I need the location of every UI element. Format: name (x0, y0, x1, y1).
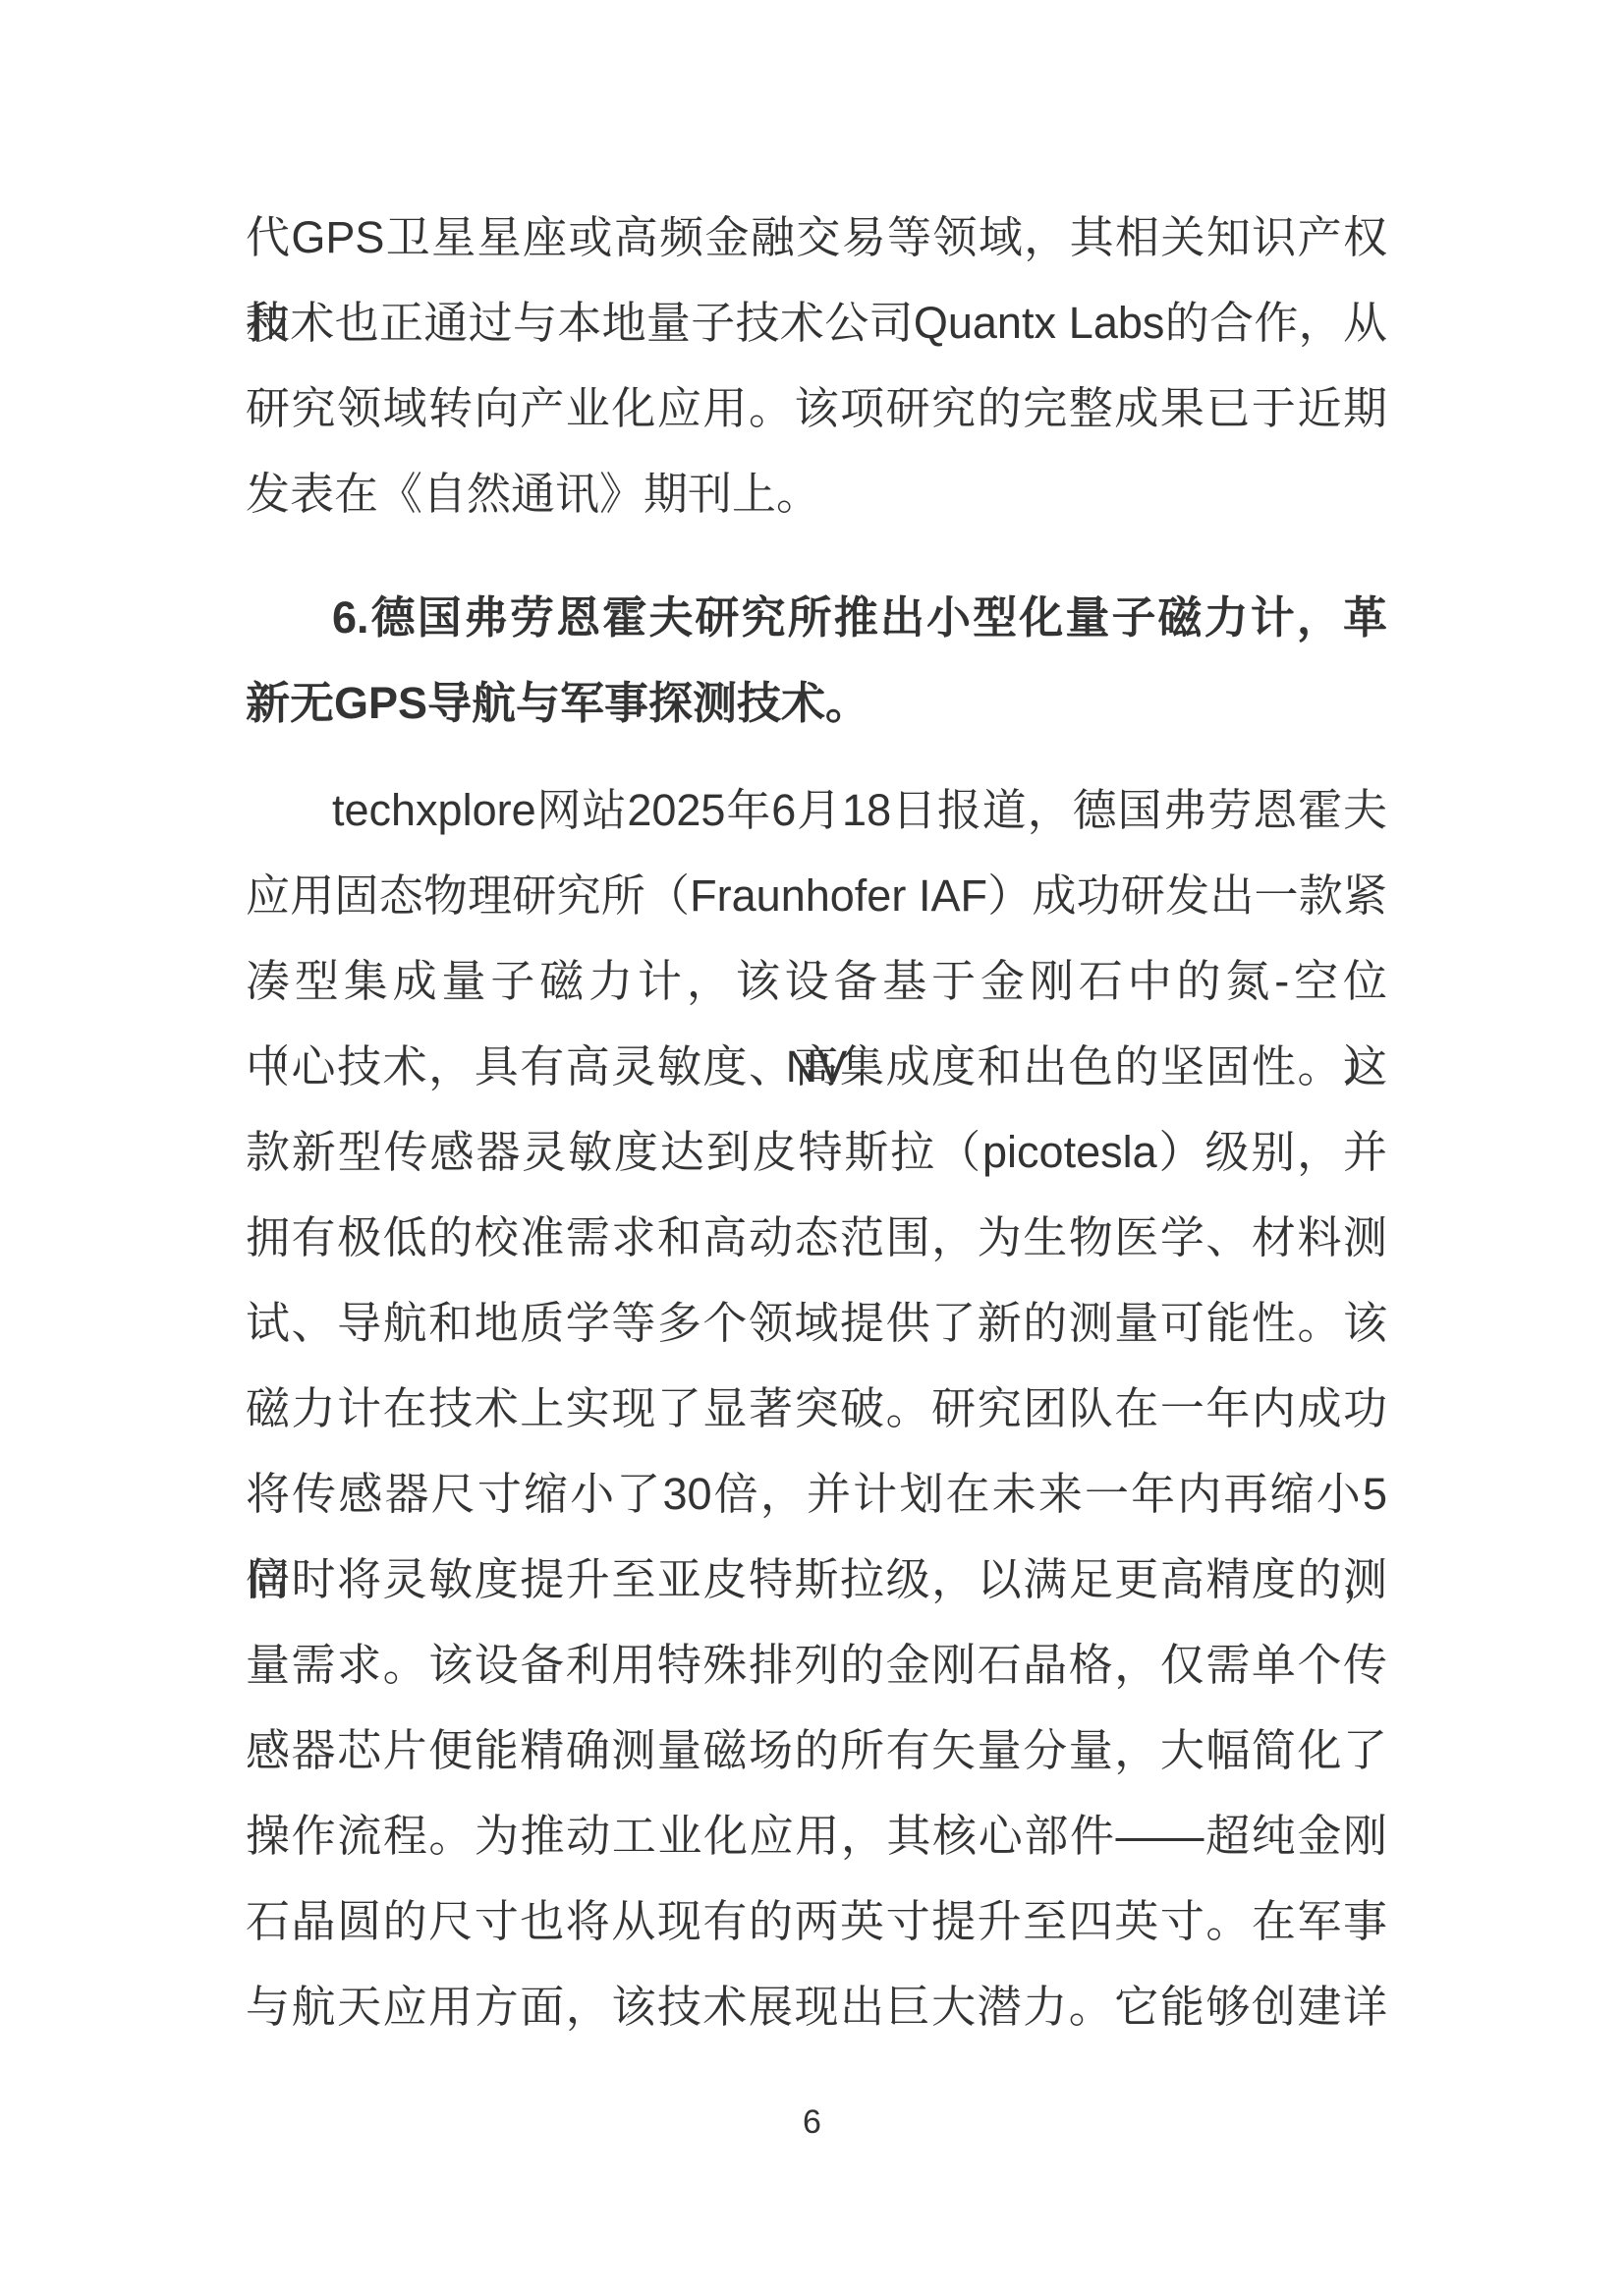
text-line: techxplore网站2025年6月18日报道，德国弗劳恩霍夫 (246, 767, 1387, 853)
text-line: 代GPS卫星星座或高频金融交易等领域，其相关知识产权和 (246, 195, 1387, 280)
text-line: 感器芯片便能精确测量磁场的所有矢量分量，大幅简化了 (246, 1708, 1387, 1793)
text-line: 与航天应用方面，该技术展现出巨大潜力。它能够创建详 (246, 1964, 1387, 2049)
text-line: 同时将灵敏度提升至亚皮特斯拉级，以满足更高精度的测 (246, 1537, 1387, 1622)
text-line: 拥有极低的校准需求和高动态范围，为生物医学、材料测 (246, 1195, 1387, 1280)
page-content: 代GPS卫星星座或高频金融交易等领域，其相关知识产权和 技术也正通过与本地量子技… (246, 195, 1387, 2049)
document-page: 代GPS卫星星座或高频金融交易等领域，其相关知识产权和 技术也正通过与本地量子技… (0, 0, 1624, 2296)
text-line: 将传感器尺寸缩小了30倍，并计划在未来一年内再缩小5倍， (246, 1451, 1387, 1537)
text-line: 款新型传感器灵敏度达到皮特斯拉（picotesla）级别，并 (246, 1109, 1387, 1195)
text-line: 应用固态物理研究所（Fraunhofer IAF）成功研发出一款紧 (246, 853, 1387, 938)
heading-line: 6.德国弗劳恩霍夫研究所推出小型化量子磁力计，革 (246, 575, 1387, 660)
text-line: 中心技术，具有高灵敏度、高集成度和出色的坚固性。这 (246, 1024, 1387, 1109)
text-line: 发表在《自然通讯》期刊上。 (246, 451, 1387, 536)
text-line: 磁力计在技术上实现了显著突破。研究团队在一年内成功 (246, 1366, 1387, 1451)
paragraph-continuation: 代GPS卫星星座或高频金融交易等领域，其相关知识产权和 技术也正通过与本地量子技… (246, 195, 1387, 536)
text-line: 石晶圆的尺寸也将从现有的两英寸提升至四英寸。在军事 (246, 1878, 1387, 1964)
text-line: 凑型集成量子磁力计，该设备基于金刚石中的氮-空位（NV） (246, 938, 1387, 1024)
text-line: 研究领域转向产业化应用。该项研究的完整成果已于近期 (246, 365, 1387, 451)
paragraph-body: techxplore网站2025年6月18日报道，德国弗劳恩霍夫 应用固态物理研… (246, 767, 1387, 2049)
heading-line: 新无GPS导航与军事探测技术。 (246, 660, 1387, 746)
page-number: 6 (0, 2102, 1624, 2142)
text-line: 操作流程。为推动工业化应用，其核心部件——超纯金刚 (246, 1793, 1387, 1878)
text-line: 量需求。该设备利用特殊排列的金刚石晶格，仅需单个传 (246, 1622, 1387, 1708)
section-heading: 6.德国弗劳恩霍夫研究所推出小型化量子磁力计，革 新无GPS导航与军事探测技术。 (246, 575, 1387, 746)
text-line: 技术也正通过与本地量子技术公司Quantx Labs的合作，从 (246, 280, 1387, 365)
text-line: 试、导航和地质学等多个领域提供了新的测量可能性。该 (246, 1280, 1387, 1366)
